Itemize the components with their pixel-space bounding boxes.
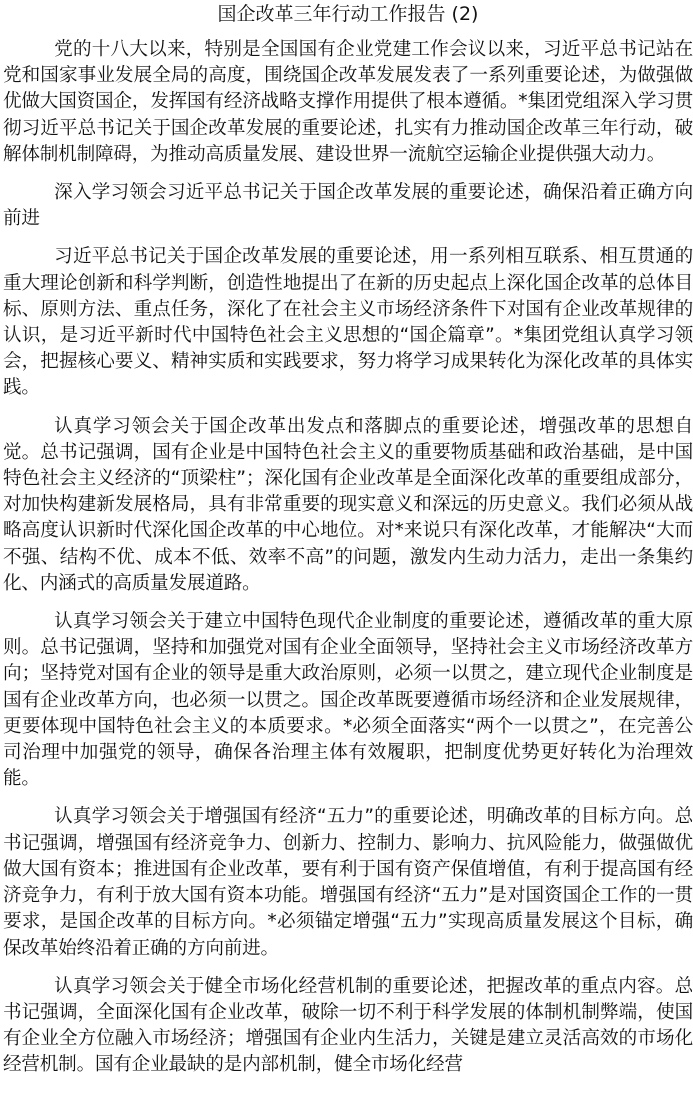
- paragraph-market-mechanism: 认真学习领会关于健全市场化经营机制的重要论述，把握改革的重点内容。总书记强调，全…: [3, 974, 693, 1079]
- paragraph-five-forces: 认真学习领会关于增强国有经济“五力”的重要论述，明确改革的目标方向。总书记强调，…: [3, 804, 693, 961]
- paragraph-section-heading: 深入学习领会习近平总书记关于国企改革发展的重要论述，确保沿着正确方向前进: [3, 180, 693, 232]
- document-title: 国企改革三年行动工作报告 (2): [3, 1, 693, 27]
- paragraph-intro: 党的十八大以来，特别是全国国有企业党建工作会议以来，习近平总书记站在党和国家事业…: [3, 37, 693, 168]
- document: 国企改革三年行动工作报告 (2) 党的十八大以来，特别是全国国有企业党建工作会议…: [0, 1, 693, 1079]
- paragraph-enterprise-system: 认真学习领会关于建立中国特色现代企业制度的重要论述，遵循改革的重大原则。总书记强…: [3, 609, 693, 792]
- paragraph-overview: 习近平总书记关于国企改革发展的重要论述，用一系列相互联系、相互贯通的重大理论创新…: [3, 244, 693, 401]
- paragraph-starting-point: 认真学习领会关于国企改革出发点和落脚点的重要论述，增强改革的思想自觉。总书记强调…: [3, 414, 693, 597]
